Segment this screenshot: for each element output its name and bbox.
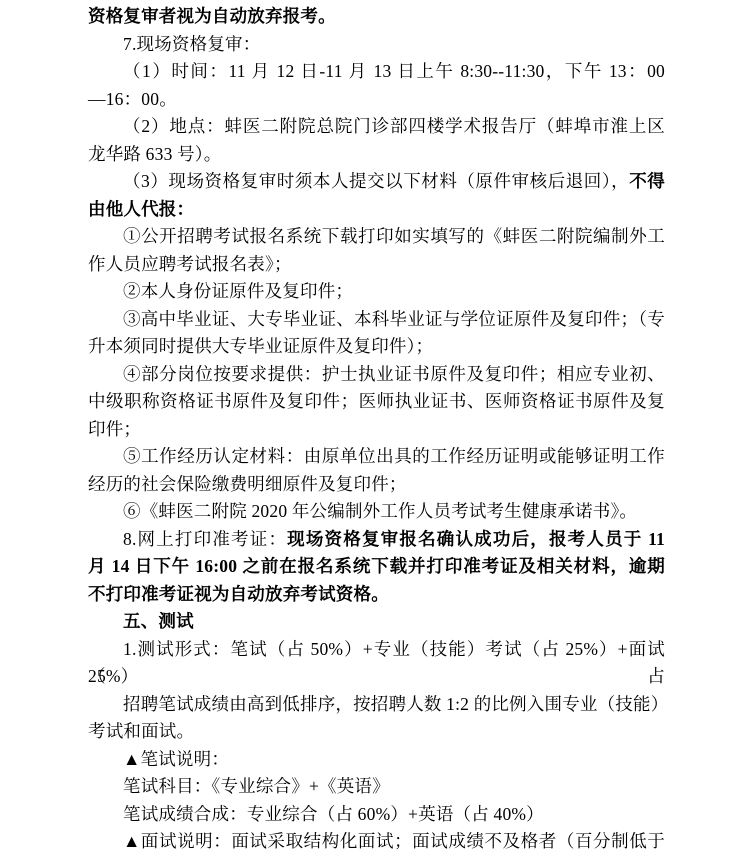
text-run: ②本人身份证原件及复印件； <box>123 281 353 301</box>
document-line: 升本须同时提供大专毕业证原件及复印件）； <box>88 333 665 361</box>
document-line: 印件； <box>88 416 665 444</box>
document-line: ▲笔试说明： <box>88 746 665 774</box>
text-run: （2）地点：蚌医二附院总院门诊部四楼学术报告厅（蚌埠市淮上区 <box>123 116 665 136</box>
text-run: 经历的社会保险缴费明细原件及复印件； <box>88 474 407 494</box>
text-run: 8.网上打印准考证： <box>123 529 287 549</box>
bold-text-run: 五、测试 <box>123 611 194 631</box>
document-line: 8.网上打印准考证：现场资格复审报名确认成功后，报考人员于 11 <box>88 526 665 554</box>
text-run: ▲面试说明：面试采取结构化面试；面试成绩不及格者（百分制低于 <box>123 831 665 851</box>
document-line: 不打印准考证视为自动放弃考试资格。 <box>88 581 665 609</box>
document-page: 资格复审者视为自动放弃报考。7.现场资格复审：（1）时间：11 月 12 日-1… <box>0 0 750 854</box>
document-line: ④部分岗位按要求提供：护士执业证书原件及复印件；相应专业初、 <box>88 361 665 389</box>
document-line: ⑤工作经历认定材料：由原单位出具的工作经历证明或能够证明工作 <box>88 443 665 471</box>
text-run: 升本须同时提供大专毕业证原件及复印件）； <box>88 336 433 356</box>
text-run: 1.测试形式：笔试（占 50%）+专业（技能）考试（占 25%）+面试（占 <box>88 639 665 687</box>
document-line: —16：00。 <box>88 86 665 114</box>
document-line: 月 14 日下午 16:00 之前在报名系统下载并打印准考证及相关材料，逾期 <box>88 553 665 581</box>
text-run: 中级职称资格证书原件及复印件；医师执业证书、医师资格证书原件及复 <box>88 391 665 411</box>
document-text-block: 资格复审者视为自动放弃报考。7.现场资格复审：（1）时间：11 月 12 日-1… <box>88 3 665 854</box>
document-line: 经历的社会保险缴费明细原件及复印件； <box>88 471 665 499</box>
document-line: （3）现场资格复审时须本人提交以下材料（原件审核后退回），不得 <box>88 168 665 196</box>
text-run: ③高中毕业证、大专毕业证、本科毕业证与学位证原件及复印件；（专 <box>123 309 665 329</box>
document-line: 龙华路 633 号）。 <box>88 141 665 169</box>
bold-text-run: 现场资格复审报名确认成功后，报考人员于 11 <box>287 529 665 549</box>
document-line: 作人员应聘考试报名表》； <box>88 251 665 279</box>
document-line: ①公开招聘考试报名系统下载打印如实填写的《蚌医二附院编制外工 <box>88 223 665 251</box>
text-run: 作人员应聘考试报名表》； <box>88 254 292 274</box>
document-line: ②本人身份证原件及复印件； <box>88 278 665 306</box>
document-line: 7.现场资格复审： <box>88 31 665 59</box>
document-line: 笔试科目：《专业综合》+《英语》 <box>88 773 665 801</box>
bold-text-run: 不得 <box>629 171 665 191</box>
text-run: 7.现场资格复审： <box>123 34 260 54</box>
document-line: 1.测试形式：笔试（占 50%）+专业（技能）考试（占 25%）+面试（占 <box>88 636 665 664</box>
document-line: 由他人代报： <box>88 196 665 224</box>
document-line: 五、测试 <box>88 608 665 636</box>
bold-text-run: 资格复审者视为自动放弃报考。 <box>88 6 336 26</box>
document-line: 资格复审者视为自动放弃报考。 <box>88 3 665 31</box>
text-run: ①公开招聘考试报名系统下载打印如实填写的《蚌医二附院编制外工 <box>123 226 665 246</box>
text-run: 考试和面试。 <box>88 721 194 741</box>
text-run: （1）时间：11 月 12 日-11 月 13 日上午 8:30--11:30，… <box>123 61 665 81</box>
text-run: 笔试成绩合成：专业综合（占 60%）+英语（占 40%） <box>123 804 544 824</box>
text-run: ⑤工作经历认定材料：由原单位出具的工作经历证明或能够证明工作 <box>123 446 665 466</box>
text-run: ④部分岗位按要求提供：护士执业证书原件及复印件；相应专业初、 <box>123 364 665 384</box>
text-run: 印件； <box>88 419 141 439</box>
document-line: 中级职称资格证书原件及复印件；医师执业证书、医师资格证书原件及复 <box>88 388 665 416</box>
document-line: 招聘笔试成绩由高到低排序，按招聘人数 1:2 的比例入围专业（技能） <box>88 691 665 719</box>
document-line: ③高中毕业证、大专毕业证、本科毕业证与学位证原件及复印件；（专 <box>88 306 665 334</box>
document-line: （1）时间：11 月 12 日-11 月 13 日上午 8:30--11:30，… <box>88 58 665 86</box>
text-run: 龙华路 633 号）。 <box>88 144 221 164</box>
document-line: ▲面试说明：面试采取结构化面试；面试成绩不及格者（百分制低于 <box>88 828 665 854</box>
document-line: 笔试成绩合成：专业综合（占 60%）+英语（占 40%） <box>88 801 665 829</box>
document-line: ⑥《蚌医二附院 2020 年公编制外工作人员考试考生健康承诺书》。 <box>88 498 665 526</box>
text-run: 招聘笔试成绩由高到低排序，按招聘人数 1:2 的比例入围专业（技能） <box>123 694 668 714</box>
bold-text-run: 由他人代报： <box>88 199 194 219</box>
text-run: （3）现场资格复审时须本人提交以下材料（原件审核后退回）， <box>123 171 629 191</box>
text-run: —16：00。 <box>88 89 177 109</box>
bold-text-run: 不打印准考证视为自动放弃考试资格。 <box>88 584 389 604</box>
document-line: 考试和面试。 <box>88 718 665 746</box>
text-run: 25%） <box>88 666 138 686</box>
bold-text-run: 月 14 日下午 16:00 之前在报名系统下载并打印准考证及相关材料，逾期 <box>88 556 665 576</box>
text-run: ▲笔试说明： <box>123 749 229 769</box>
text-run: 笔试科目：《专业综合》+《英语》 <box>123 776 390 796</box>
document-line: （2）地点：蚌医二附院总院门诊部四楼学术报告厅（蚌埠市淮上区 <box>88 113 665 141</box>
text-run: ⑥《蚌医二附院 2020 年公编制外工作人员考试考生健康承诺书》。 <box>123 501 637 521</box>
